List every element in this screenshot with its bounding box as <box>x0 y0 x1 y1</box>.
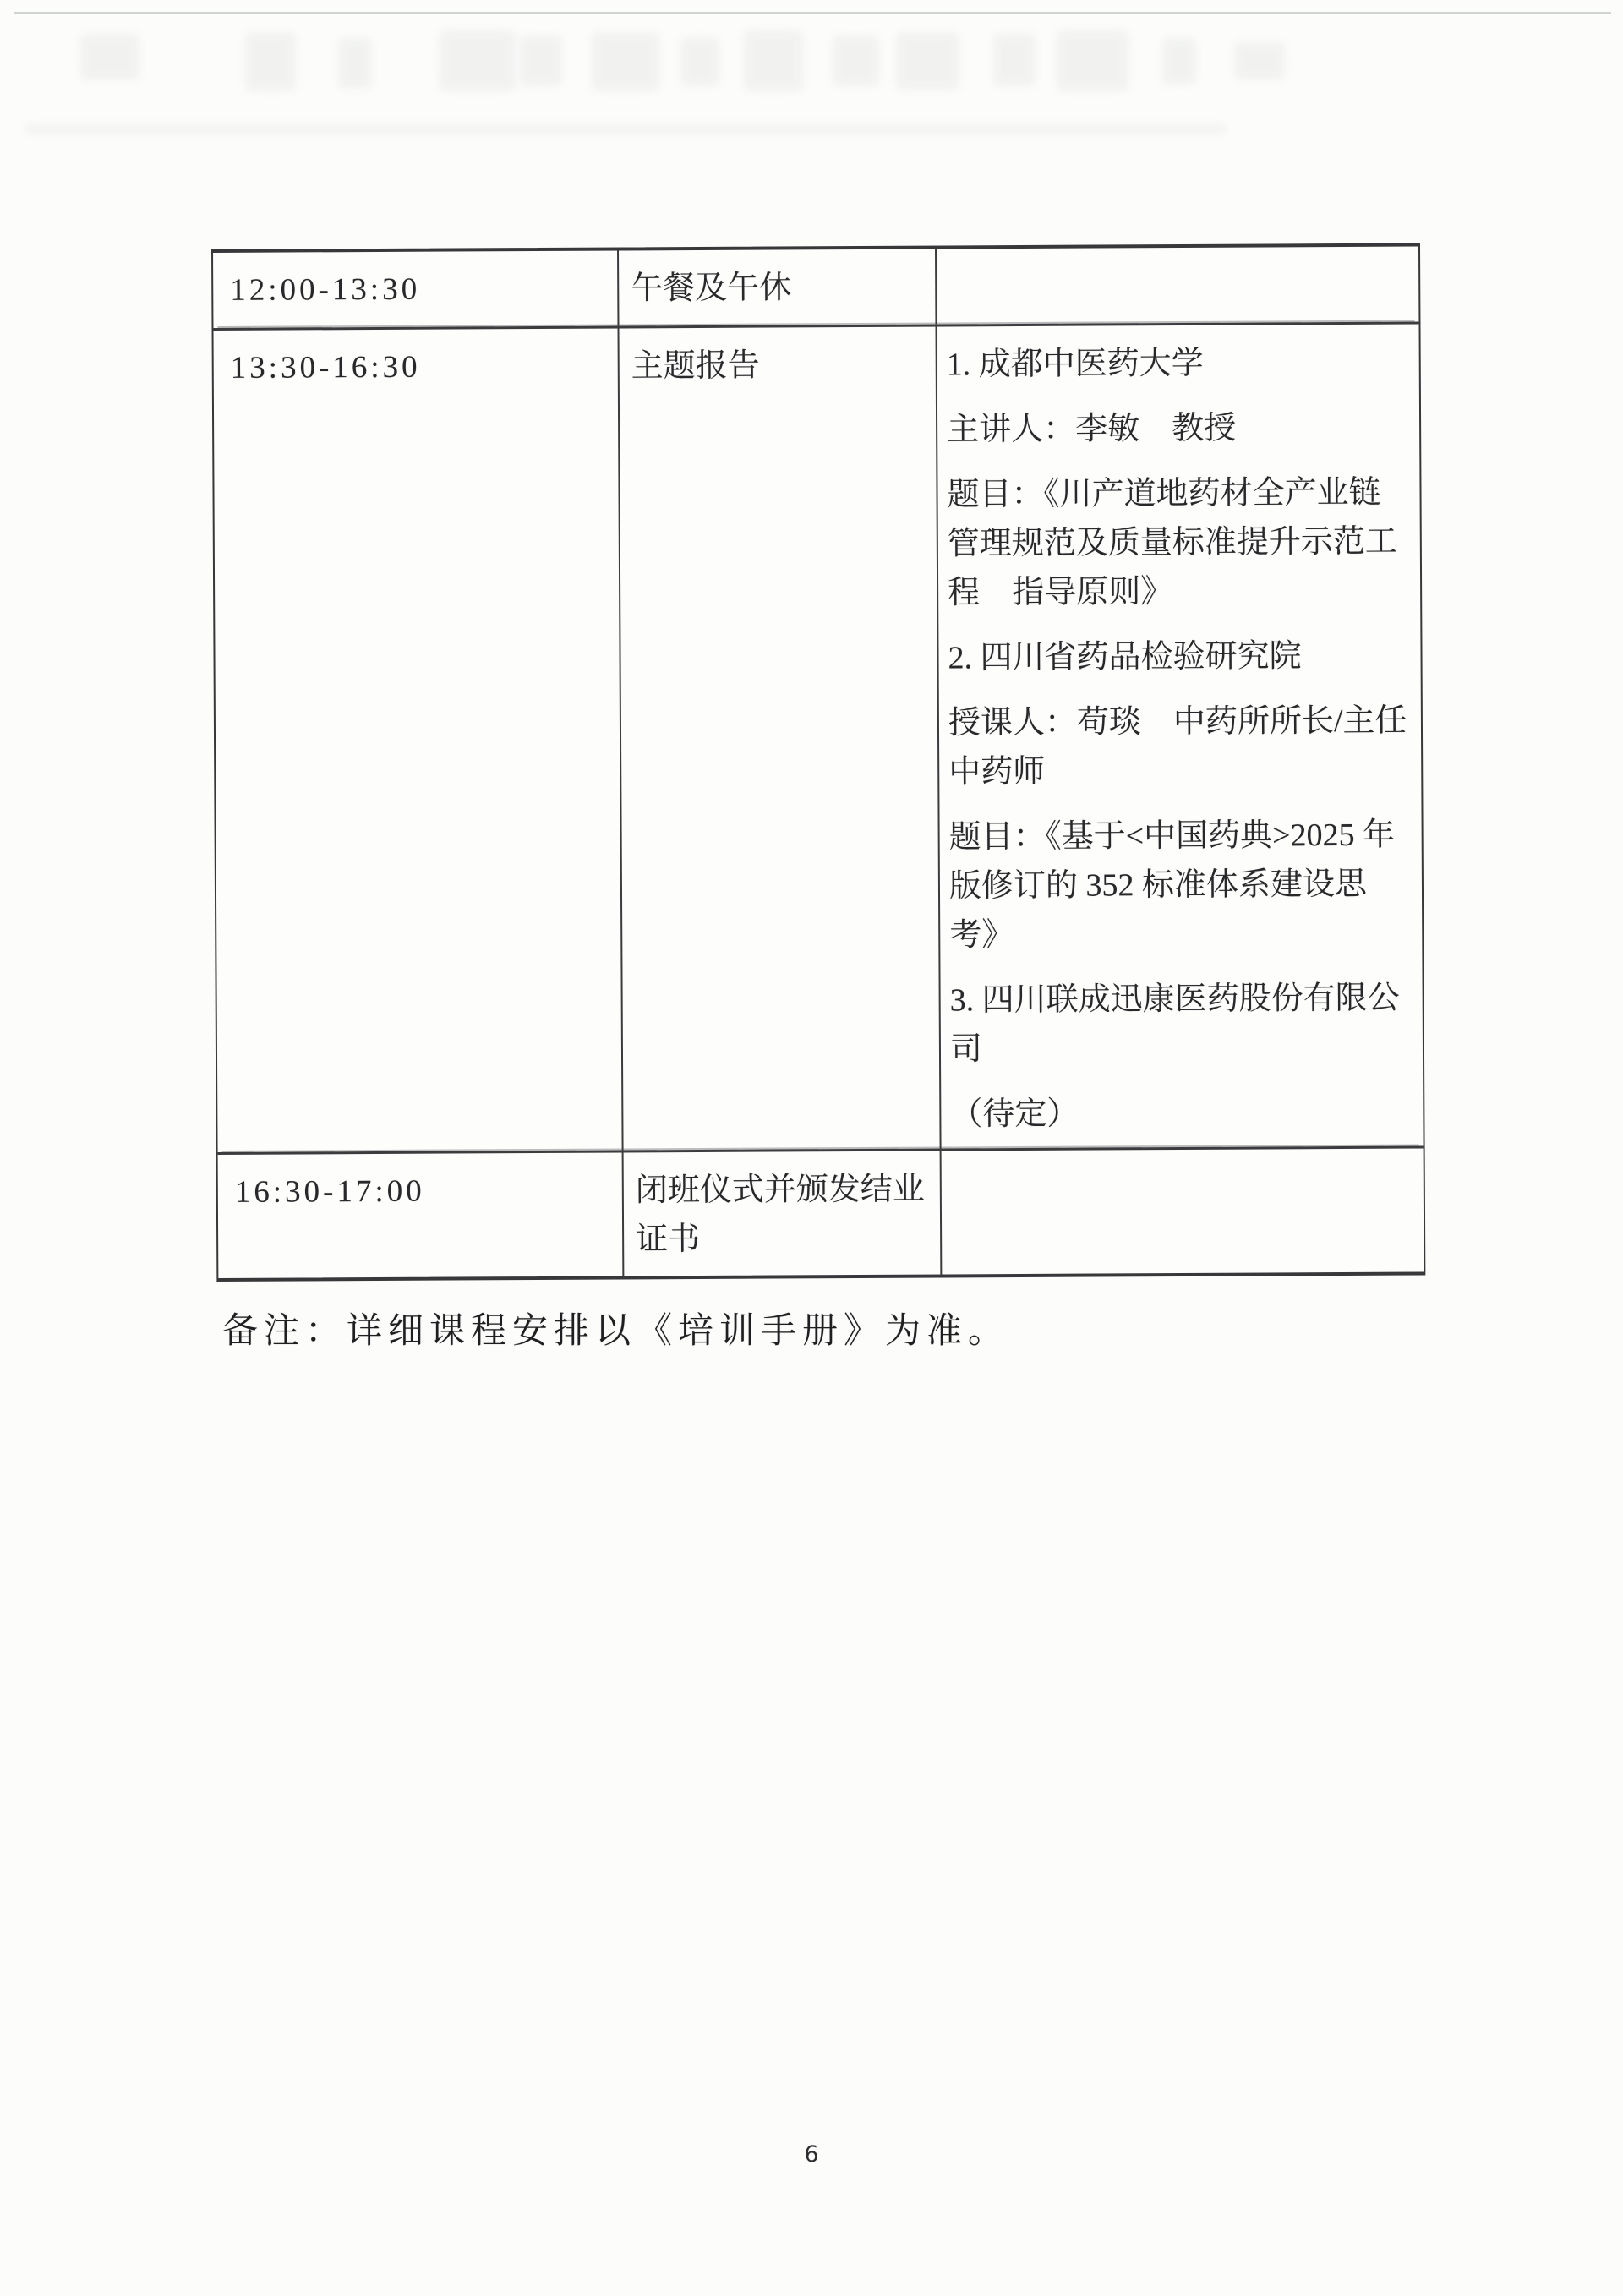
detail-line: 2. 四川省药品检验研究院 <box>948 631 1417 683</box>
activity-cell: 午餐及午休 <box>617 249 935 326</box>
scan-ghost <box>833 36 879 86</box>
activity-line: 证书 <box>636 1214 940 1265</box>
scan-ghost <box>440 30 516 91</box>
detail-line: 题目：《基于<中国药典>2025 年 <box>949 811 1418 862</box>
detail-paragraph: 1. 成都中医药大学 <box>947 338 1416 390</box>
table-row: 16:30-17:00 闭班仪式并颁发结业 证书 <box>218 1146 1424 1278</box>
detail-line: 程 指导原则》 <box>948 566 1417 618</box>
detail-line: 1. 成都中医药大学 <box>947 338 1416 390</box>
scan-ghost <box>338 38 372 89</box>
scan-ghost <box>520 36 562 86</box>
scan-ghost <box>896 32 959 90</box>
schedule-table: 12:00-13:30 午餐及午休 13:30-16:30 主题报告 1. 成都… <box>211 243 1425 1282</box>
scan-ghost <box>1162 38 1196 85</box>
activity-cell: 闭班仪式并颁发结业 证书 <box>622 1151 941 1276</box>
activity-cell: 主题报告 <box>617 327 939 1151</box>
detail-line: 管理规范及质量标准提升示范工 <box>948 517 1417 569</box>
details-cell <box>935 247 1418 325</box>
detail-line: 题目：《川产道地药材全产业链 <box>947 468 1416 520</box>
detail-line: 3. 四川联成迅康医药股份有限公 <box>950 974 1419 1025</box>
detail-paragraph: 授课人：苟琰 中药所所长/主任 中药师 <box>948 697 1418 797</box>
detail-line: 中药师 <box>948 746 1418 797</box>
detail-paragraph: 3. 四川联成迅康医药股份有限公 司 <box>950 974 1420 1074</box>
scan-ghost <box>680 37 719 86</box>
scan-ghost <box>1234 42 1285 80</box>
detail-line: 司 <box>950 1023 1419 1074</box>
detail-line: （待定） <box>950 1088 1419 1140</box>
scan-artifact-line <box>14 12 1611 14</box>
table-row: 13:30-16:30 主题报告 1. 成都中医药大学 主讲人：李敏 教授 题目… <box>213 322 1423 1152</box>
scan-ghost <box>993 34 1036 86</box>
detail-paragraph: 2. 四川省药品检验研究院 <box>948 631 1417 683</box>
scan-ghost <box>1057 30 1128 91</box>
scan-ghost <box>592 32 659 91</box>
table-row: 12:00-13:30 午餐及午休 <box>213 247 1418 328</box>
detail-line: 版修订的 352 标准体系建设思 <box>949 860 1418 911</box>
detail-line: 授课人：苟琰 中药所所长/主任 <box>948 697 1418 748</box>
detail-line: 主讲人：李敏 教授 <box>947 403 1416 455</box>
remark-note: 备注：详细课程安排以《培训手册》为准。 <box>222 1310 1009 1353</box>
scan-ghost <box>245 32 296 91</box>
time-cell: 12:00-13:30 <box>213 250 617 328</box>
time-cell: 16:30-17:00 <box>218 1152 623 1278</box>
detail-paragraph: 主讲人：李敏 教授 <box>947 403 1416 455</box>
detail-paragraph: 题目：《川产道地药材全产业链 管理规范及质量标准提升示范工 程 指导原则》 <box>947 468 1417 618</box>
activity-line: 闭班仪式并颁发结业 <box>636 1165 940 1216</box>
time-cell: 13:30-16:30 <box>214 328 622 1151</box>
scan-ghost-band <box>25 123 1226 135</box>
scan-ghost <box>744 30 803 91</box>
document-page: 12:00-13:30 午餐及午休 13:30-16:30 主题报告 1. 成都… <box>0 0 1623 2296</box>
details-cell <box>940 1149 1424 1275</box>
page-number: 6 <box>0 2141 1623 2168</box>
detail-paragraph: 题目：《基于<中国药典>2025 年 版修订的 352 标准体系建设思 考》 <box>949 811 1419 960</box>
detail-line: 考》 <box>949 909 1418 960</box>
scan-ghost <box>80 34 139 80</box>
details-cell: 1. 成都中医药大学 主讲人：李敏 教授 题目：《川产道地药材全产业链 管理规范… <box>935 325 1423 1149</box>
detail-paragraph: （待定） <box>950 1088 1419 1140</box>
